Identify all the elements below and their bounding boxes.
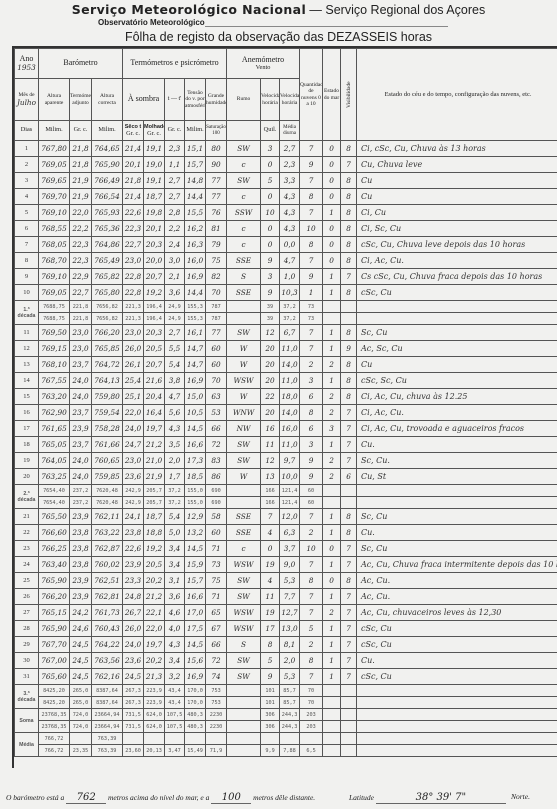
cell-tens: 15,9 <box>185 557 206 573</box>
cell-seco: 26,0 <box>123 621 144 637</box>
day-number: 15 <box>15 389 39 405</box>
cell-med: 3,3 <box>280 173 300 189</box>
cell-nuv: 9 <box>300 453 323 469</box>
cell-dif: 3,4 <box>165 557 185 573</box>
cell-mar: 1 <box>323 621 341 637</box>
year-value: 1953 <box>17 63 36 72</box>
cell-vel: 3 <box>261 141 280 157</box>
latitude-value: 38° 39' 7" <box>376 792 506 804</box>
cell-molh: 21,6 <box>144 373 165 389</box>
cell-tens: 14,8 <box>185 173 206 189</box>
corrected-height-header: Altura correcta <box>92 79 123 121</box>
summary-cell: 753 <box>206 685 227 697</box>
summary-cell: 23664,94 <box>92 721 123 733</box>
cell-alt: 766,60 <box>39 525 70 541</box>
summary-empty <box>357 733 557 745</box>
cell-mar: 1 <box>323 653 341 669</box>
cell-molh: 18,8 <box>144 525 165 541</box>
summary-empty <box>323 697 341 709</box>
cell-dif: 3,5 <box>165 437 185 453</box>
cell-tens: 14,4 <box>185 285 206 301</box>
cell-dif: 1,1 <box>165 157 185 173</box>
summary-cell: 221,3 <box>123 301 144 313</box>
summary-empty <box>341 485 357 497</box>
summary-cell <box>227 485 261 497</box>
cell-alt: 763,40 <box>39 557 70 573</box>
cell-dif: 2,7 <box>165 325 185 341</box>
cell-tadj: 23,8 <box>70 541 92 557</box>
day-number: 13 <box>15 357 39 373</box>
summary-cell: 7620,48 <box>92 497 123 509</box>
cell-vis: 8 <box>341 173 357 189</box>
summary-empty <box>341 685 357 697</box>
day-number: 11 <box>15 325 39 341</box>
summary-cell <box>70 733 92 745</box>
summary-cell: 23768,35 <box>39 709 70 721</box>
summary-cell: 101 <box>261 685 280 697</box>
table-row: 7768,0522,3764,8622,720,32,416,379c00,08… <box>15 237 557 253</box>
cell-vis: 7 <box>341 669 357 685</box>
summary-empty <box>357 685 557 697</box>
cell-molh: 21,2 <box>144 437 165 453</box>
cell-seco: 23,6 <box>123 653 144 669</box>
cell-med: 5,3 <box>280 669 300 685</box>
latitude-block: Latitude 38° 39' 7" <box>349 792 506 804</box>
summary-cell: 731,5 <box>123 709 144 721</box>
latitude-label: Latitude <box>349 793 374 802</box>
summary-cell: 37,2 <box>280 301 300 313</box>
cell-seco: 23,0 <box>123 253 144 269</box>
cell-rumo: S <box>227 637 261 653</box>
cell-vis: 7 <box>341 453 357 469</box>
summary-cell: 267,3 <box>123 697 144 709</box>
cell-seco: 24,1 <box>123 509 144 525</box>
summary-cell: 107,5 <box>165 709 185 721</box>
cell-vis: 7 <box>341 605 357 621</box>
summary-row-decada3: 3.ª década8425,20265,08387,64267,3223,94… <box>15 685 557 697</box>
cell-molh: 20,2 <box>144 573 165 589</box>
summary-cell: 2230 <box>206 721 227 733</box>
sky-state-cell: Cs cSc, Cu, Chuva fraca depois das 10 ho… <box>357 269 557 285</box>
cell-molh: 19,0 <box>144 157 165 173</box>
day-number: 1 <box>15 141 39 157</box>
summary-cell: 480,3 <box>185 709 206 721</box>
cell-hum: 63 <box>206 389 227 405</box>
summary-cell <box>165 733 185 745</box>
summary-cell <box>206 733 227 745</box>
cell-med: 5,3 <box>280 573 300 589</box>
cell-molh: 19,7 <box>144 637 165 653</box>
cell-med: 4,3 <box>280 189 300 205</box>
sky-state-cell: Sc, Cu <box>357 325 557 341</box>
summary-cell: 7688,75 <box>39 301 70 313</box>
summary-empty <box>341 301 357 313</box>
summary-cell: 8387,64 <box>92 685 123 697</box>
cell-corr: 766,20 <box>92 325 123 341</box>
cell-seco: 23,6 <box>123 469 144 485</box>
cell-tadj: 21,9 <box>70 173 92 189</box>
summary-empty <box>357 301 557 313</box>
cell-molh: 19,1 <box>144 173 165 189</box>
cell-molh: 19,2 <box>144 285 165 301</box>
cell-tens: 17,3 <box>185 453 206 469</box>
observation-table: Ano1953 Barómetro Termómetros e psicróme… <box>14 48 557 757</box>
day-number: 29 <box>15 637 39 653</box>
summary-cell: 242,9 <box>123 497 144 509</box>
day-number: 20 <box>15 469 39 485</box>
cell-vel: 19 <box>261 605 280 621</box>
cell-hum: 65 <box>206 605 227 621</box>
cell-tadj: 24,2 <box>70 605 92 621</box>
cell-alt: 765,60 <box>39 669 70 685</box>
cell-dif: 5,5 <box>165 341 185 357</box>
cell-vis: 8 <box>341 205 357 221</box>
cell-vel: 10 <box>261 205 280 221</box>
sky-state-cell: Ci, Ac, Cu. <box>357 405 557 421</box>
cell-molh: 18,7 <box>144 509 165 525</box>
sky-state-cell: Sc, Cu <box>357 509 557 525</box>
cell-hum: 60 <box>206 357 227 373</box>
cell-med: 2,3 <box>280 157 300 173</box>
cell-med: 14,0 <box>280 357 300 373</box>
cell-seco: 24,8 <box>123 589 144 605</box>
cell-hum: 60 <box>206 341 227 357</box>
cell-med: 12,7 <box>280 605 300 621</box>
table-row: 14767,5524,0764,1325,421,63,816,970WSW20… <box>15 373 557 389</box>
summary-cell <box>227 313 261 325</box>
cell-rumo: S <box>227 269 261 285</box>
unit-blank <box>227 121 261 141</box>
cell-vel: 19 <box>261 557 280 573</box>
days-header: Dias <box>15 121 39 141</box>
day-number: 31 <box>15 669 39 685</box>
day-number: 28 <box>15 621 39 637</box>
cell-rumo: SSE <box>227 285 261 301</box>
cell-mar: 2 <box>323 469 341 485</box>
cell-tadj: 22,3 <box>70 237 92 253</box>
cell-hum: 77 <box>206 173 227 189</box>
summary-cell: 223,9 <box>144 697 165 709</box>
cell-mar: 1 <box>323 269 341 285</box>
summary-cell: 37,2 <box>280 313 300 325</box>
cell-seco: 25,4 <box>123 373 144 389</box>
summary-cell: 766,72 <box>39 745 70 757</box>
sky-state-cell: Cu <box>357 189 557 205</box>
cell-nuv: 7 <box>300 589 323 605</box>
summary-cell: 690 <box>206 485 227 497</box>
cell-seco: 23,0 <box>123 325 144 341</box>
cell-hum: 90 <box>206 157 227 173</box>
summary-cell: 101 <box>261 697 280 709</box>
thermometer-header: Termómetros e psicrómetro <box>123 49 227 79</box>
cell-nuv: 7 <box>300 509 323 525</box>
summary-cell: 155,0 <box>185 497 206 509</box>
cell-mar: 0 <box>323 157 341 173</box>
cell-dif: 4,3 <box>165 421 185 437</box>
cell-tens: 16,9 <box>185 269 206 285</box>
summary-empty <box>323 485 341 497</box>
barometer-altitude: 762 <box>66 792 106 804</box>
summary-cell: 624,0 <box>144 721 165 733</box>
summary-cell: 155,0 <box>185 485 206 497</box>
cell-tadj: 23,9 <box>70 509 92 525</box>
org-name: Serviço Meteorológico Nacional <box>72 2 306 17</box>
summary-cell: 121,4 <box>280 485 300 497</box>
cell-hum: 83 <box>206 453 227 469</box>
summary-empty <box>357 697 557 709</box>
sky-state-cell: Ac, Sc, Cu <box>357 341 557 357</box>
cell-dif: 4,7 <box>165 389 185 405</box>
cell-molh: 21,9 <box>144 469 165 485</box>
summary-row-decada1: 1.ª década7688,75221,87656,82221,3196,42… <box>15 301 557 313</box>
cell-vel: 7 <box>261 509 280 525</box>
cell-mar: 1 <box>323 373 341 389</box>
cloud-amount-header: Quantidade de nuvens 0 a 10 <box>300 49 323 141</box>
cell-corr: 765,85 <box>92 341 123 357</box>
cell-corr: 759,80 <box>92 389 123 405</box>
cell-corr: 765,82 <box>92 269 123 285</box>
summary-empty <box>357 497 557 509</box>
cell-tens: 15,6 <box>185 653 206 669</box>
cell-vis: 7 <box>341 541 357 557</box>
apparent-height-header: Altura aparente <box>39 79 70 121</box>
cell-mar: 1 <box>323 637 341 653</box>
cell-nuv: 8 <box>300 237 323 253</box>
cell-med: 14,0 <box>280 405 300 421</box>
summary-row-media: Média766,72763,39 <box>15 733 557 745</box>
cell-tadj: 24,0 <box>70 469 92 485</box>
cell-hum: 75 <box>206 573 227 589</box>
cell-alt: 768,70 <box>39 253 70 269</box>
day-number: 26 <box>15 589 39 605</box>
table-row: 20763,2524,0759,8523,621,91,718,586W1310… <box>15 469 557 485</box>
cell-hum: 80 <box>206 141 227 157</box>
month-value: Julho <box>17 98 36 107</box>
summary-cell <box>227 733 261 745</box>
footer-text-3: metros dêle distante. <box>253 793 315 802</box>
cell-nuv: 9 <box>300 157 323 173</box>
cell-molh: 18,7 <box>144 189 165 205</box>
cell-tens: 14,5 <box>185 421 206 437</box>
cell-vis: 7 <box>341 421 357 437</box>
cell-tens: 16,9 <box>185 373 206 389</box>
unit-quil: Quil. <box>261 121 280 141</box>
wind-direction-header: Rumo <box>227 79 261 121</box>
cell-vis: 6 <box>341 469 357 485</box>
cell-med: 7,7 <box>280 589 300 605</box>
cell-tadj: 23,7 <box>70 437 92 453</box>
cell-nuv: 2 <box>300 357 323 373</box>
cell-vel: 20 <box>261 373 280 389</box>
summary-label: 1.ª década <box>15 301 39 325</box>
day-number: 7 <box>15 237 39 253</box>
summary-cell: 70 <box>300 685 323 697</box>
summary-cell: 731,5 <box>123 721 144 733</box>
cell-vel: 20 <box>261 341 280 357</box>
cell-tens: 16,0 <box>185 253 206 269</box>
cell-dif: 4,3 <box>165 637 185 653</box>
dry-header: Sêco tGr. c. <box>123 121 144 141</box>
cell-alt: 764,05 <box>39 453 70 469</box>
cell-vel: 17 <box>261 621 280 637</box>
observation-sheet: Ano1953 Barómetro Termómetros e psicróme… <box>12 46 557 768</box>
cell-tadj: 24,6 <box>70 621 92 637</box>
summary-row-soma: 23768,35724,023664,94731,5624,0107,5480,… <box>15 721 557 733</box>
cell-rumo: SSW <box>227 205 261 221</box>
summary-cell <box>227 721 261 733</box>
cell-dif: 1,7 <box>165 469 185 485</box>
cell-rumo: SW <box>227 669 261 685</box>
cell-vis: 7 <box>341 437 357 453</box>
cell-mar: 1 <box>323 325 341 341</box>
summary-cell: 23,60 <box>123 745 144 757</box>
day-number: 22 <box>15 525 39 541</box>
cell-tadj: 24,5 <box>70 669 92 685</box>
cell-nuv: 7 <box>300 669 323 685</box>
summary-empty <box>341 745 357 757</box>
cell-vel: 0 <box>261 237 280 253</box>
cell-seco: 21,4 <box>123 141 144 157</box>
cell-vel: 3 <box>261 269 280 285</box>
summary-empty <box>323 497 341 509</box>
cell-seco: 22,8 <box>123 285 144 301</box>
summary-cell: 7620,48 <box>92 485 123 497</box>
summary-empty <box>323 685 341 697</box>
summary-cell: 71,9 <box>206 745 227 757</box>
cell-molh: 20,0 <box>144 253 165 269</box>
cell-rumo: W <box>227 357 261 373</box>
cell-tadj: 23,8 <box>70 525 92 541</box>
cell-hum: 72 <box>206 653 227 669</box>
cell-rumo: WSW <box>227 557 261 573</box>
cell-med: 11,0 <box>280 437 300 453</box>
cell-rumo: SW <box>227 437 261 453</box>
cell-mar: 2 <box>323 389 341 405</box>
cell-molh: 19,1 <box>144 141 165 157</box>
summary-cell: 223,9 <box>144 685 165 697</box>
cell-rumo: c <box>227 189 261 205</box>
summary-empty <box>323 721 341 733</box>
cell-vis: 8 <box>341 189 357 205</box>
cell-tadj: 21,8 <box>70 157 92 173</box>
cell-alt: 769,05 <box>39 285 70 301</box>
cell-med: 2,7 <box>280 141 300 157</box>
cell-seco: 26,1 <box>123 357 144 373</box>
summary-cell: 7,88 <box>280 745 300 757</box>
summary-cell: 763,39 <box>92 745 123 757</box>
cell-hum: 71 <box>206 589 227 605</box>
summary-cell: 203 <box>300 709 323 721</box>
shade-header: À sombra <box>123 79 165 121</box>
cell-dif: 5,4 <box>165 509 185 525</box>
cell-tadj: 23,9 <box>70 589 92 605</box>
sky-state-cell: Cu, Chuva leve <box>357 157 557 173</box>
summary-cell: 221,8 <box>70 301 92 313</box>
summary-empty <box>341 721 357 733</box>
observatory-label: Observatório Meteorológico <box>98 18 205 27</box>
cell-med: 10,0 <box>280 469 300 485</box>
table-row: 23766,2523,8762,8722,619,23,414,571c03,7… <box>15 541 557 557</box>
cell-alt: 763,25 <box>39 469 70 485</box>
summary-cell: 265,0 <box>70 685 92 697</box>
summary-label: 3.ª década <box>15 685 39 709</box>
cell-dif: 3,1 <box>165 573 185 589</box>
cell-tadj: 23,0 <box>70 325 92 341</box>
cell-med: 12,0 <box>280 509 300 525</box>
cell-nuv: 7 <box>300 141 323 157</box>
sky-state-cell: Ci, Ac, Cu, chuva às 12.25 <box>357 389 557 405</box>
summary-cell: 196,4 <box>144 301 165 313</box>
unit-milim-2: Milim. <box>92 121 123 141</box>
table-row: 2769,0521,8765,9020,119,01,115,790c02,39… <box>15 157 557 173</box>
cell-molh: 20,7 <box>144 269 165 285</box>
cell-mar: 1 <box>323 669 341 685</box>
cell-tadj: 23,9 <box>70 421 92 437</box>
cell-dif: 3,4 <box>165 541 185 557</box>
summary-cell: 121,4 <box>280 497 300 509</box>
cell-mar: 0 <box>323 573 341 589</box>
cell-tadj: 23,7 <box>70 357 92 373</box>
day-number: 6 <box>15 221 39 237</box>
cell-hum: 71 <box>206 541 227 557</box>
summary-cell: 73 <box>300 313 323 325</box>
sky-state-cell: cSc, Sc, Cu <box>357 373 557 389</box>
cell-mar: 2 <box>323 453 341 469</box>
cell-corr: 764,86 <box>92 237 123 253</box>
cell-alt: 765,15 <box>39 605 70 621</box>
summary-cell: 724,0 <box>70 721 92 733</box>
cell-mar: 1 <box>323 589 341 605</box>
summary-row-soma: Soma23768,35724,023664,94731,5624,0107,5… <box>15 709 557 721</box>
cell-med: 18,0 <box>280 389 300 405</box>
cell-hum: 79 <box>206 237 227 253</box>
cell-corr: 762,87 <box>92 541 123 557</box>
cell-corr: 758,28 <box>92 421 123 437</box>
table-row: 13768,1023,7764,7226,120,75,414,760W2014… <box>15 357 557 373</box>
sky-state-cell: Cu. <box>357 653 557 669</box>
cell-vis: 8 <box>341 509 357 525</box>
summary-cell: 237,2 <box>70 497 92 509</box>
cell-nuv: 3 <box>300 437 323 453</box>
table-row: 8768,7022,3765,4923,020,03,016,075SSE94,… <box>15 253 557 269</box>
day-number: 25 <box>15 573 39 589</box>
sky-state-cell: Ci, cSc, Cu, Chuva às 13 horas <box>357 141 557 157</box>
cell-med: 11,0 <box>280 373 300 389</box>
cell-mar: 0 <box>323 237 341 253</box>
cell-tadj: 23,0 <box>70 341 92 357</box>
cell-corr: 766,54 <box>92 189 123 205</box>
cell-corr: 764,72 <box>92 357 123 373</box>
cell-dif: 2,7 <box>165 173 185 189</box>
cell-molh: 20,5 <box>144 557 165 573</box>
cell-hum: 58 <box>206 509 227 525</box>
cell-dif: 4,0 <box>165 621 185 637</box>
cell-tadj: 23,7 <box>70 405 92 421</box>
cell-alt: 762,90 <box>39 405 70 421</box>
cell-tens: 17,5 <box>185 621 206 637</box>
cell-nuv: 7 <box>300 173 323 189</box>
cell-vel: 9 <box>261 669 280 685</box>
summary-cell <box>227 745 261 757</box>
summary-empty <box>341 709 357 721</box>
footer-text-2: metros acima do nível do mar, e a <box>108 793 209 802</box>
cell-alt: 766,20 <box>39 589 70 605</box>
cell-mar: 3 <box>323 421 341 437</box>
summary-row-media: 766,7223,35763,3923,6020,133,4715,4971,9… <box>15 745 557 757</box>
day-number: 2 <box>15 157 39 173</box>
cell-med: 6,3 <box>280 525 300 541</box>
org-region: — Serviço Regional dos Açores <box>309 3 485 17</box>
